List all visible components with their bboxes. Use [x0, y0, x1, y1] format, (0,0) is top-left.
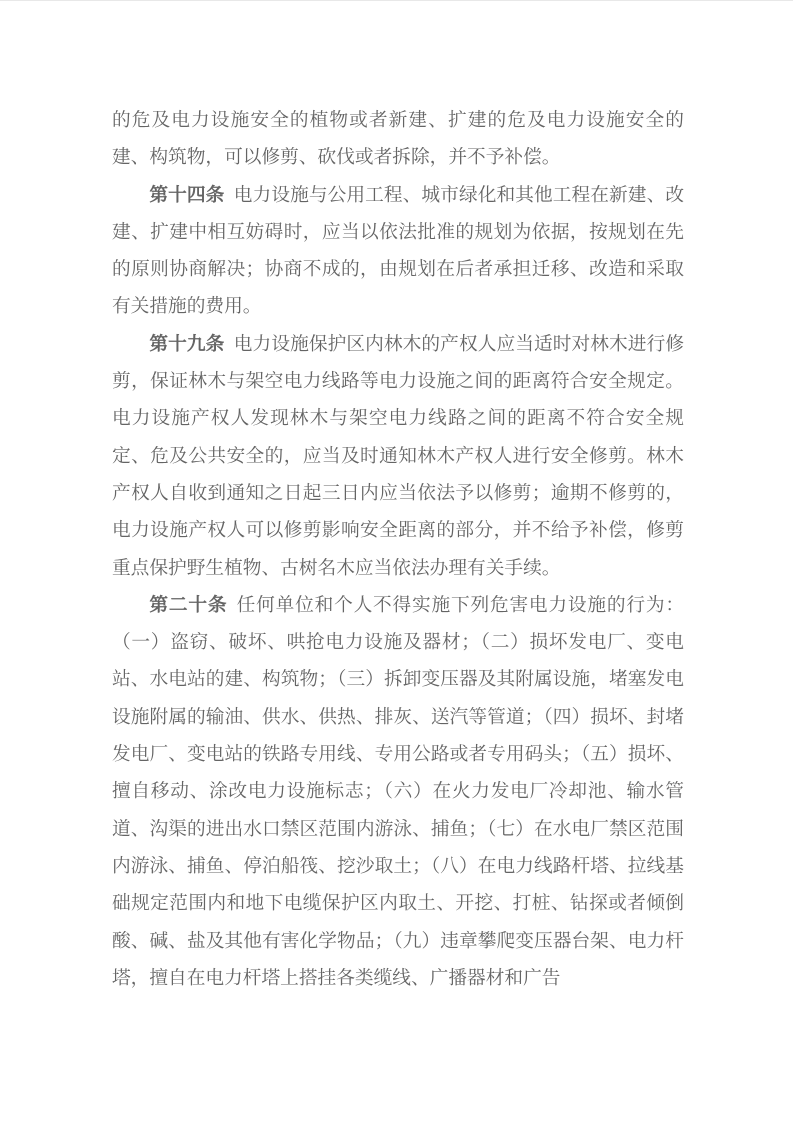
article-number: 第二十条: [149, 594, 227, 615]
article-number: 第十九条: [149, 333, 224, 354]
paragraph-article-19: 第十九条电力设施保护区内林木的产权人应当适时对林木进行修剪，保证林木与架空电力线…: [112, 325, 684, 586]
paragraph-continuation: 的危及电力设施安全的植物或者新建、扩建的危及电力设施安全的建、构筑物，可以修剪、…: [112, 101, 684, 176]
paragraph-text: 的危及电力设施安全的植物或者新建、扩建的危及电力设施安全的建、构筑物，可以修剪、…: [112, 109, 684, 167]
article-number: 第十四条: [149, 184, 224, 205]
paragraph-text: 任何单位和个人不得实施下列危害电力设施的行为：（一）盗窃、破坏、哄抢电力设施及器…: [112, 594, 684, 988]
paragraph-text: 电力设施保护区内林木的产权人应当适时对林木进行修剪，保证林木与架空电力线路等电力…: [112, 333, 684, 578]
document-body: 的危及电力设施安全的植物或者新建、扩建的危及电力设施安全的建、构筑物，可以修剪、…: [112, 101, 684, 996]
paragraph-article-14: 第十四条电力设施与公用工程、城市绿化和其他工程在新建、改建、扩建中相互妨碍时，应…: [112, 176, 684, 325]
paragraph-article-20: 第二十条任何单位和个人不得实施下列危害电力设施的行为：（一）盗窃、破坏、哄抢电力…: [112, 586, 684, 996]
document-page: 的危及电力设施安全的植物或者新建、扩建的危及电力设施安全的建、构筑物，可以修剪、…: [0, 0, 793, 1122]
